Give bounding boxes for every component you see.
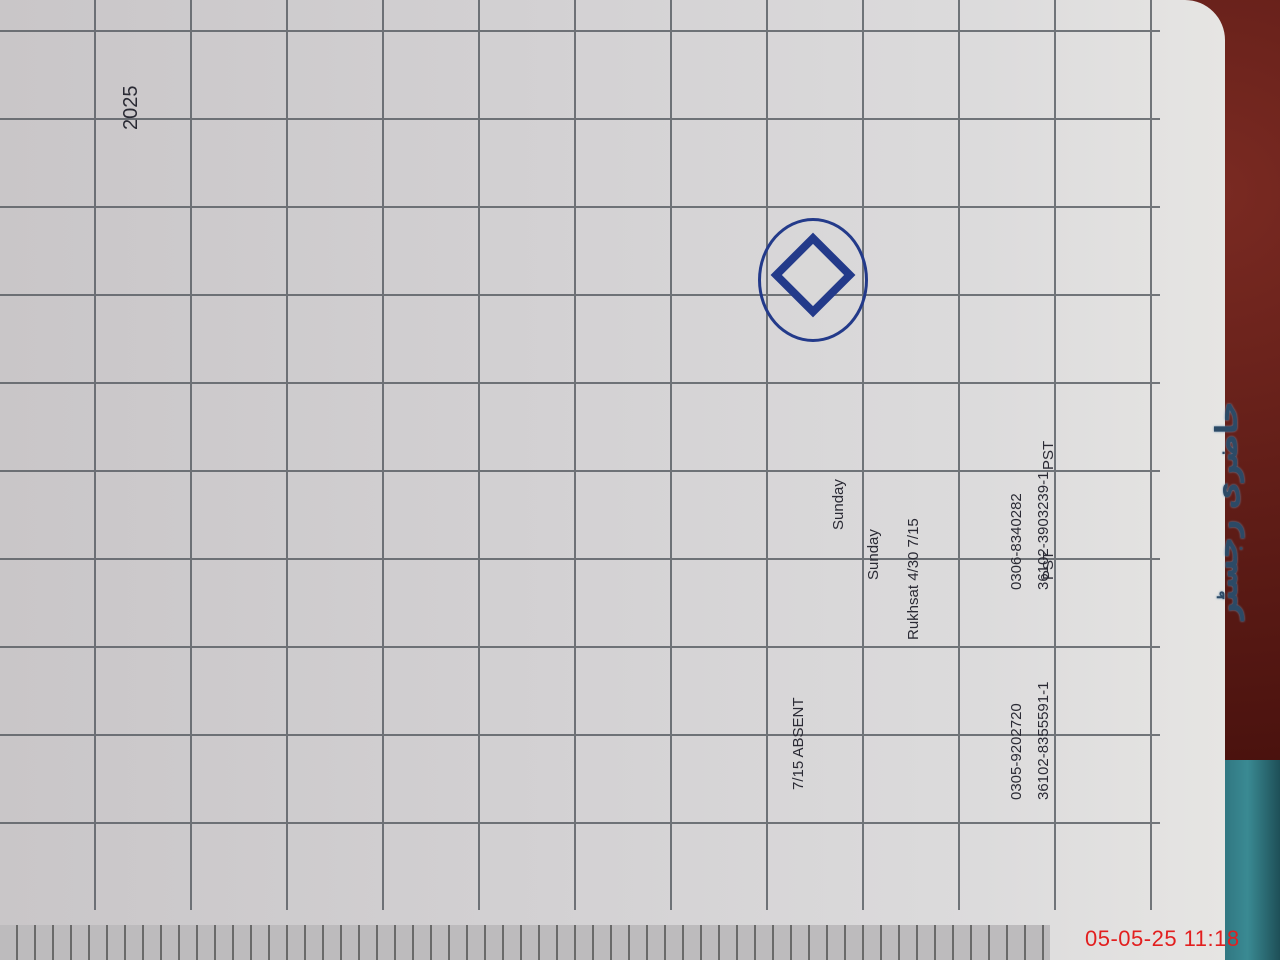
year-label: 2025 — [120, 86, 143, 131]
official-stamp — [758, 218, 868, 342]
attendance-grid — [0, 0, 1160, 910]
note-sunday-1: Sunday — [865, 529, 882, 580]
register-page: حاضری رجسٹر PST 36102-8355591-1 0305-920… — [0, 0, 1225, 960]
entry-phone-2: 0306-8340282 — [1008, 493, 1025, 590]
entry-phone-1: 0305-9202720 — [1008, 703, 1025, 800]
entry-id-2: 36102-3903239-1 — [1035, 472, 1052, 590]
entry-id-1: 36102-8355591-1 — [1035, 682, 1052, 800]
attendance-grid-sheet — [0, 0, 1160, 910]
entry-designation-2: PST — [1040, 441, 1057, 470]
page-edge-marks — [0, 925, 1050, 960]
note-absent: 7/15 ABSENT — [790, 697, 807, 790]
register-title: حاضری رجسٹر — [1210, 401, 1245, 620]
note-leave: Rukhsat 4/30 7/15 — [905, 518, 922, 640]
camera-timestamp: 05-05-25 11:18 — [1085, 926, 1240, 952]
note-sunday-2: Sunday — [830, 479, 847, 530]
